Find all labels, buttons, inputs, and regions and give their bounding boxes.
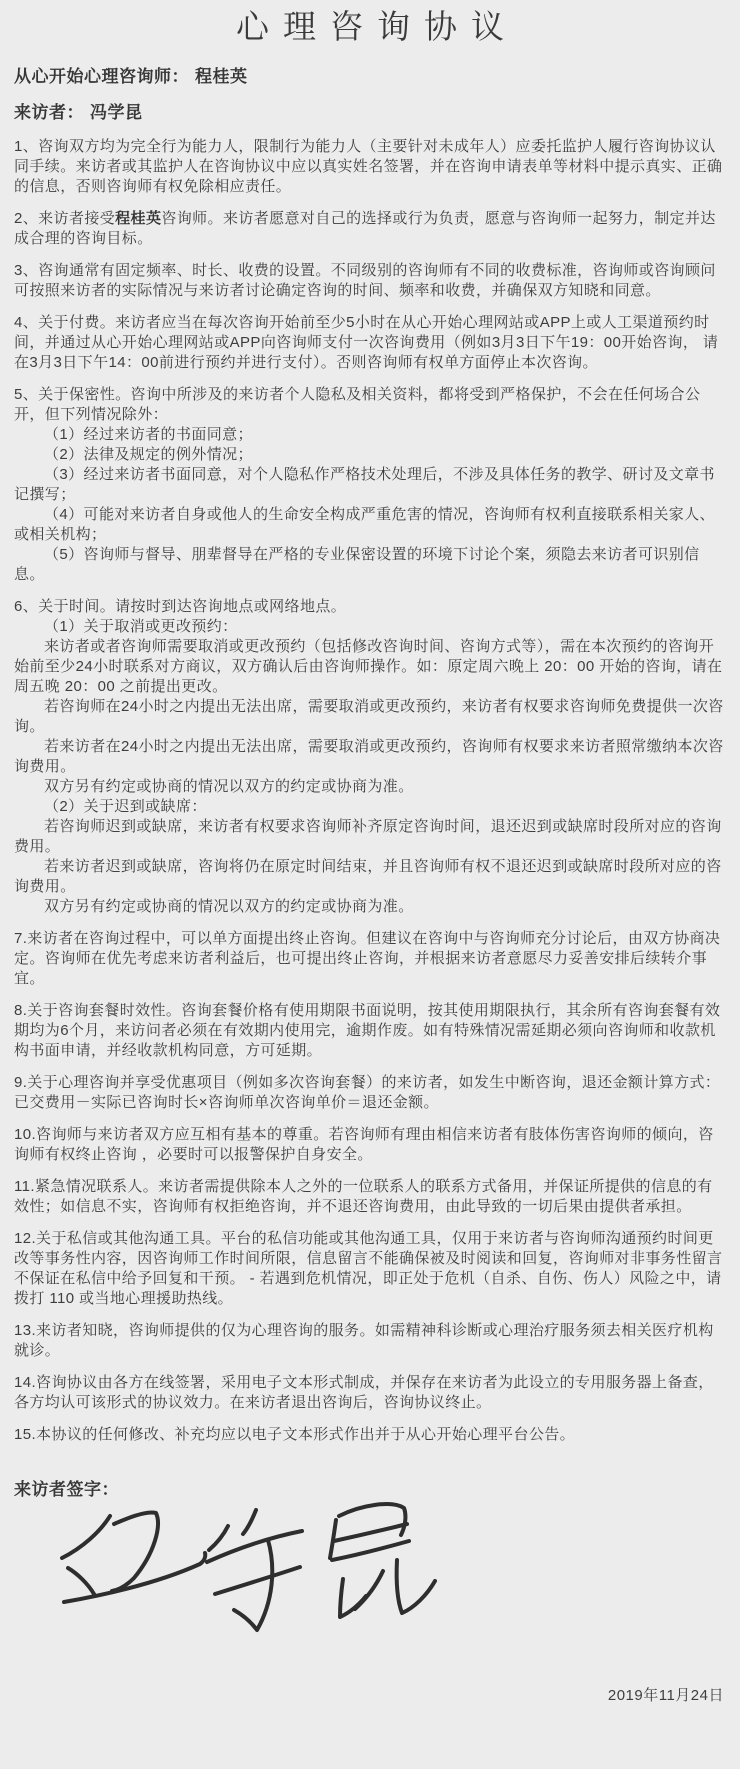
clause-2-pre: 2、来访者接受 [14,210,115,227]
clause-6-item-2-detail-1: 若咨询师迟到或缺席，来访者有权要求咨询师补齐原定咨询时间，退还迟到或缺席时段所对… [14,817,726,857]
clause-8: 8.关于咨询套餐时效性。咨询套餐价格有使用期限书面说明，按其使用期限执行，其余所… [14,1001,726,1061]
clause-11: 11.紧急情况联系人。来访者需提供除本人之外的一位联系人的联系方式备用，并保证所… [14,1177,726,1217]
page-title: 心理咨询协议 [0,0,740,47]
clause-2-counselor-name: 程桂英 [115,210,161,227]
clause-14: 14.咨询协议由各方在线签署，采用电子文本形式制成，并保存在来访者为此设立的专用… [14,1373,726,1413]
clause-3: 3、咨询通常有固定频率、时长、收费的设置。不同级别的咨询师有不同的收费标准，咨询… [14,261,726,301]
visitor-signature-handwriting [52,1502,452,1642]
clause-5-item-3: （3）经过来访者书面同意，对个人隐私作严格技术处理后，不涉及具体任务的教学、研讨… [14,465,726,505]
clause-6-item-2: （2）关于迟到或缺席： [14,797,726,817]
clause-7: 7.来访者在咨询过程中，可以单方面提出终止咨询。但建议在咨询中与咨询师充分讨论后… [14,929,726,989]
clause-1: 1、咨询双方均为完全行为能力人，限制行为能力人（主要针对未成年人）应委托监护人履… [14,137,726,197]
clause-5-item-4: （4）可能对来访者自身或他人的生命安全构成严重危害的情况，咨询师有权利直接联系相… [14,505,726,545]
clause-6-item-1: （1）关于取消或更改预约： [14,617,726,637]
clause-5-item-2: （2）法律及规定的例外情况； [14,445,726,465]
clause-12: 12.关于私信或其他沟通工具。平台的私信功能或其他沟通工具，仅用于来访者与咨询师… [14,1229,726,1309]
clause-15: 15.本协议的任何修改、补充均应以电子文本形式作出并于从心开始心理平台公告。 [14,1425,726,1445]
clause-6-item-1-detail-1: 来访者或者咨询师需要取消或更改预约（包括修改咨询时间、咨询方式等），需在本次预约… [14,637,726,697]
clause-9: 9.关于心理咨询并享受优惠项目（例如多次咨询套餐）的来访者，如发生中断咨询，退还… [14,1073,726,1113]
visitor-name: 冯学昆 [90,103,143,122]
signature-date: 2019年11月24日 [608,1684,724,1705]
clause-10: 10.咨询师与来访者双方应互相有基本的尊重。若咨询师有理由相信来访者有肢体伤害咨… [14,1125,726,1165]
visitor-line: 来访者：冯学昆 [14,98,726,123]
clause-13: 13.来访者知晓，咨询师提供的仅为心理咨询的服务。如需精神科诊断或心理治疗服务须… [14,1321,726,1361]
clause-5: 5、关于保密性。咨询中所涉及的来访者个人隐私及相关资料，都将受到严格保护，不会在… [14,385,726,425]
clause-6: 6、关于时间。请按时到达咨询地点或网络地点。 [14,597,726,617]
clause-2: 2、来访者接受程桂英咨询师。来访者愿意对自己的选择或行为负责，愿意与咨询师一起努… [14,209,726,249]
clause-4: 4、关于付费。来访者应当在每次咨询开始前至少5小时在从心开始心理网站或APP上或… [14,313,726,373]
clause-6-item-1-detail-4: 双方另有约定或协商的情况以双方的约定或协商为准。 [14,777,726,797]
clause-6-item-2-detail-2: 若来访者迟到或缺席，咨询将仍在原定时间结束，并且咨询师有权不退还迟到或缺席时段所… [14,857,726,897]
counselor-line: 从心开始心理咨询师：程桂英 [14,62,726,87]
clause-5-item-1: （1）经过来访者的书面同意； [14,425,726,445]
clause-6-item-1-detail-3: 若来访者在24小时之内提出无法出席，需要取消或更改预约，咨询师有权要求来访者照常… [14,737,726,777]
counselor-label: 从心开始心理咨询师： [14,67,189,86]
clause-6-item-2-detail-3: 双方另有约定或协商的情况以双方的约定或协商为准。 [14,897,726,917]
clauses-body: 1、咨询双方均为完全行为能力人，限制行为能力人（主要针对未成年人）应委托监护人履… [0,125,740,1457]
counselor-name: 程桂英 [195,67,248,86]
signature-strokes-icon [52,1502,452,1642]
clause-5-item-5: （5）咨询师与督导、朋辈督导在严格的专业保密设置的环境下讨论个案，须隐去来访者可… [14,545,726,585]
visitor-label: 来访者： [14,103,84,122]
clause-6-item-1-detail-2: 若咨询师在24小时之内提出无法出席，需要取消或更改预约，来访者有权要求咨询师免费… [14,697,726,737]
agreement-document: 心理咨询协议 从心开始心理咨询师：程桂英 来访者：冯学昆 1、咨询双方均为完全行… [0,0,740,1769]
visitor-signature-label: 来访者签字： [14,1475,726,1500]
